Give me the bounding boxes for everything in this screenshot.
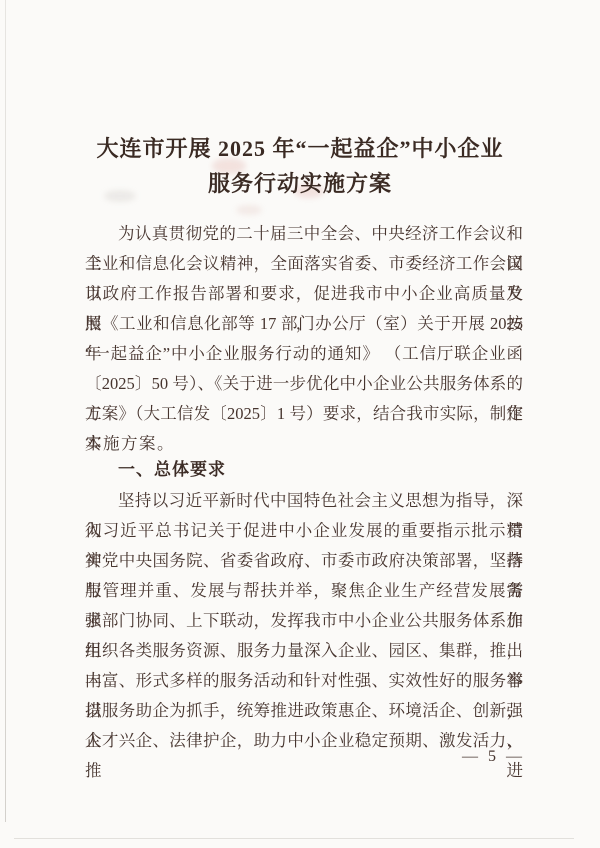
document-title: 大连市开展 2025 年“一起益企”中小企业 服务行动实施方案	[60, 131, 540, 201]
paragraph-line: “一起益企”中小企业服务行动的通知》 （工信厅联企业函	[85, 339, 523, 369]
page-number: — 5 —	[85, 748, 525, 766]
paragraph-line: 工业和信息化会议精神，全面落实省委、市委经济工作会议以及	[85, 249, 523, 279]
paragraph-line: 彻习近平总书记关于促进中小企业发展的重要指示批示精神，落	[85, 516, 523, 546]
document-title-line-1: 大连市开展 2025 年“一起益企”中小企业	[60, 131, 540, 166]
paragraph-line: 坚持以习近平新时代中国特色社会主义思想为指导，深入贯	[85, 486, 523, 516]
paper-edge-line	[5, 0, 6, 822]
paragraph-line: 组织各类服务资源、服务力量深入企业、园区、集群，推出内容	[85, 636, 523, 666]
paragraph-line: 方案》（大工信发〔2025〕1 号）要求，结合我市实际，制定本	[85, 399, 523, 429]
paragraph-line: 与管理并重、发展与帮扶并举，聚焦企业生产经营发展需求，加	[85, 576, 523, 606]
paragraph-intro: 为认真贯彻党的二十届三中全会、中央经济工作会议和全国 工业和信息化会议精神，全面…	[85, 219, 523, 459]
paragraph-line: 照《工业和信息化部等 17 部门办公厅（室）关于开展 2025 年	[85, 309, 523, 339]
paragraph-line: 市政府工作报告部署和要求，促进我市中小企业高质量发展，按	[85, 279, 523, 309]
paragraph-overall-requirements: 坚持以习近平新时代中国特色社会主义思想为指导，深入贯 彻习近平总书记关于促进中小…	[85, 486, 523, 756]
paper-bottom-edge-line	[14, 838, 574, 839]
scanned-document-page: { "document": { "title": { "line1": "大连市…	[0, 0, 600, 848]
paragraph-line: 〔2025〕50 号）、《关于进一步优化中小企业公共服务体系的工作	[85, 369, 523, 399]
paragraph-line: 强部门协同、上下联动，发挥我市中小企业公共服务体系作用，	[85, 606, 523, 636]
section-heading-overall-requirements: 一、总体要求	[85, 455, 523, 485]
paragraph-line: 实党中央国务院、省委省政府、市委市政府决策部署，坚持服务	[85, 546, 523, 576]
scan-smudge	[236, 205, 262, 215]
paragraph-line: 为认真贯彻党的二十届三中全会、中央经济工作会议和全国	[85, 219, 523, 249]
paragraph-line: 丰富、形式多样的服务活动和针对性强、实效性好的服务举措，	[85, 666, 523, 696]
document-title-line-2: 服务行动实施方案	[60, 166, 540, 201]
paragraph-line: 以服务助企为抓手，统筹推进政策惠企、环境活企、创新强企、	[85, 696, 523, 726]
